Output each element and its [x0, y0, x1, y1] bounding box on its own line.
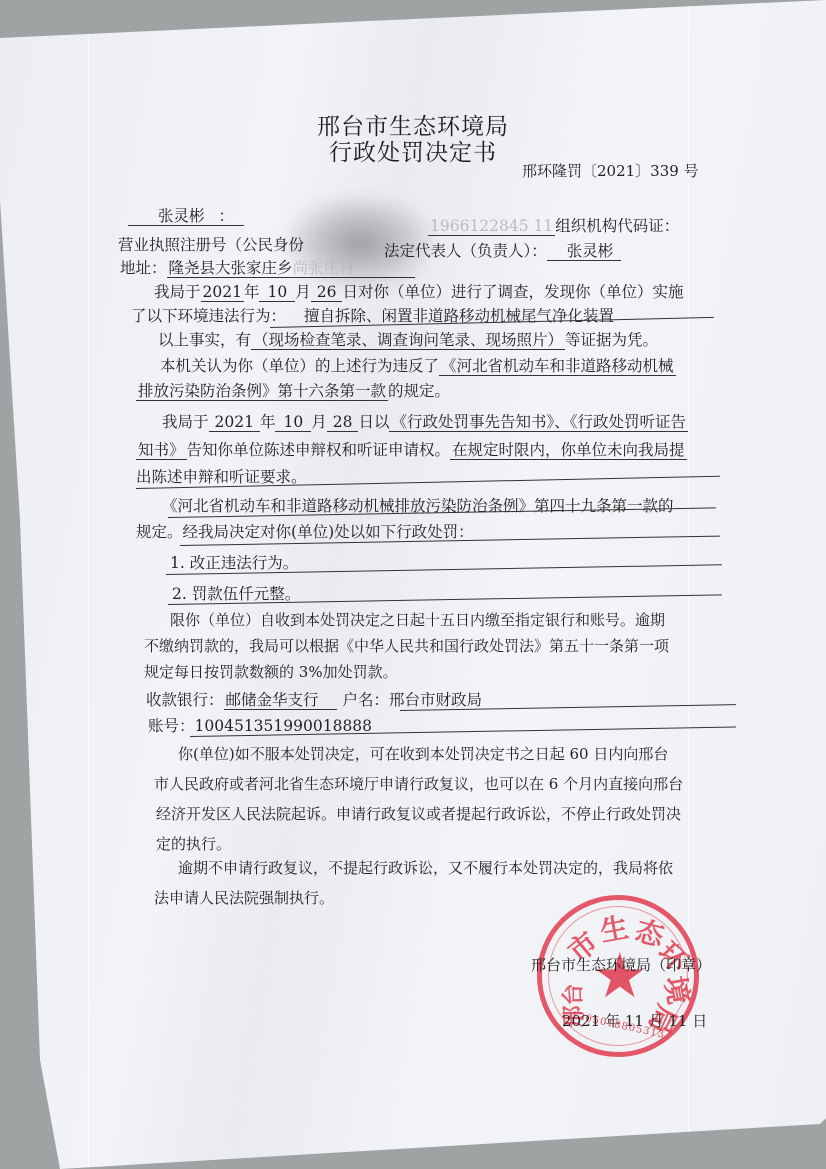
evidence-line: 以上事实，有（现场检查笔录、调查询问笔录、现场照片）等证据为凭。 — [158, 330, 658, 350]
decision-text: 经我局决定对你(单位)处以如下行政处罚： — [183, 523, 474, 541]
org-code-label: 组织机构代码证： — [555, 217, 679, 235]
notice-day: 28 — [327, 413, 359, 432]
investigation-day: 26 — [311, 283, 343, 302]
text: 日对你（单位）进行了调查，发现你（单位）实施 — [342, 283, 683, 301]
notice-line: 我局于2021年10月28日以《行政处罚事先告知书》、《行政处罚听证告 — [162, 412, 688, 432]
bank-line: 收款银行：邮储金华支行户名：邢台市财政局 — [146, 690, 482, 710]
evidence-value: （现场检查笔录、调查询问笔录、现场照片） — [251, 331, 565, 350]
text: 我局于 — [162, 413, 209, 431]
notice-month: 10 — [275, 413, 311, 432]
violated-regulation-article: 排放污染防治条例》第十六条第一款 — [136, 382, 388, 401]
document-number: 邢环隆罚〔2021〕339 号 — [522, 160, 699, 181]
fold-line — [88, 0, 89, 1169]
official-seal: 市 生 态 环 境 局 邢台 ★ 1305018805313 — [537, 895, 699, 1057]
notice-line-2: 知书》告知你单位陈述申辩权和听证申请权。在规定时限内，你单位未向我局提 — [136, 440, 687, 460]
text: 本机关认为你（单位）的上述行为违反了 — [160, 357, 439, 375]
text: 日以 — [358, 413, 389, 431]
notice-documents: 《行政处罚事先告知书》、《行政处罚听证告 — [389, 413, 688, 432]
investigation-year: 2021 — [201, 283, 244, 302]
penalty-item-2: 2. 罚款伍仟元整。 — [172, 584, 300, 604]
party-colon: ： — [217, 207, 245, 226]
payment-text-1: 限你（单位）自收到本处罚决定之日起十五日内缴至指定银行和账号。逾期 — [170, 610, 665, 630]
investigation-line: 我局于2021年10月26日对你（单位）进行了调查，发现你（单位）实施 — [154, 282, 683, 302]
text: 告知你单位陈述申辩权和听证申请权。 — [187, 441, 451, 459]
party-name: 张灵彬 — [128, 207, 217, 226]
issue-date: 2021 年 11 月 11 日 — [562, 1011, 707, 1031]
violation-label: 了以下环境违法行为： — [131, 307, 286, 325]
text: 以上事实，有 — [158, 331, 251, 349]
account-name-value: 邢台市财政局 — [389, 691, 482, 709]
enforcement-text-2: 法申请人民法院强制执行。 — [154, 888, 334, 908]
appeal-text-1: 你(单位)如不服本处罚决定，可在收到本处罚决定书之日起 60 日内向邢台 — [178, 744, 668, 764]
payment-text-3: 规定每日按罚款数额的 3%加处罚款。 — [144, 662, 398, 682]
violation-line: 了以下环境违法行为：擅自拆除、闲置非道路移动机械尾气净化装置 — [131, 306, 614, 326]
text: 年 — [260, 413, 276, 431]
notice-documents: 知书》 — [136, 441, 187, 460]
text: 等证据为凭。 — [565, 331, 658, 349]
legal-rep-line: 法定代表人（负责人）：张灵彬 — [384, 241, 621, 261]
appeal-text-2: 市人民政府或者河北省生态环境厅申请行政复议，也可以在 6 个月内直接向邢台 — [154, 774, 683, 794]
notice-year: 2021 — [209, 413, 260, 432]
violated-line: 本机关认为你（单位）的上述行为违反了《河北省机动车和非道路移动机械 — [160, 356, 676, 376]
violated-regulation: 《河北省机动车和非道路移动机械 — [439, 357, 676, 376]
text: 的规定。 — [388, 382, 450, 400]
investigation-month: 10 — [259, 283, 295, 302]
text: 的 — [658, 497, 674, 515]
issuing-agency-signature: 邢台市生态环境局（印章） — [531, 955, 711, 975]
text: 我局于 — [154, 283, 201, 301]
appeal-text-4: 定的执行。 — [156, 834, 231, 854]
license-label: 营业执照注册号（公民身份 — [118, 235, 304, 255]
payment-text-2: 不缴纳罚款的，我局可以根据《中华人民共和国行政处罚法》第五十一条第一项 — [144, 636, 669, 656]
text: 年 — [244, 283, 260, 301]
notice-result: 在规定时限内，你单位未向我局提 — [450, 441, 687, 460]
appeal-text-3: 经济开发区人民法院起诉。申请行政复议或者提起行政诉讼，不停止行政处罚决 — [156, 804, 681, 824]
enforcement-text-1: 逾期不申请行政复议，不提起行政诉讼，又不履行本处罚决定的，我局将依 — [178, 858, 673, 878]
decision-line: 规定。经我局决定对你(单位)处以如下行政处罚： — [136, 522, 474, 542]
violated-line-2: 排放污染防治条例》第十六条第一款的规定。 — [136, 381, 450, 401]
title-document-type: 行政处罚决定书 — [0, 134, 826, 167]
party-line: 张灵彬： — [128, 206, 244, 226]
legal-rep-value: 张灵彬 — [547, 242, 622, 261]
bank-value: 邮储金华支行 — [224, 691, 337, 710]
address-value: 隆尧县大张家庄乡尚张庄村 — [167, 259, 415, 278]
license-number-value: 1966122845 11 — [428, 217, 555, 236]
penalty-item-1: 1. 改正违法行为。 — [170, 553, 298, 573]
address-line: 地址：隆尧县大张家庄乡尚张庄村 — [120, 258, 415, 278]
bank-label: 收款银行： — [146, 691, 224, 709]
address-label: 地址： — [120, 259, 167, 277]
license-number-line: 1966122845 11组织机构代码证： — [428, 216, 679, 236]
account-name-label: 户名： — [337, 691, 390, 709]
text: 月 — [311, 413, 327, 431]
text: 月 — [295, 283, 311, 301]
document-page: 邢台市生态环境局 行政处罚决定书 邢环隆罚〔2021〕339 号 张灵彬： 19… — [0, 0, 826, 1169]
seal-char: 境 — [656, 973, 700, 1008]
text: 规定。 — [136, 523, 183, 541]
account-number-label: 账号： — [148, 717, 195, 735]
notice-result: 出陈述申辩和听证要求。 — [136, 468, 307, 486]
